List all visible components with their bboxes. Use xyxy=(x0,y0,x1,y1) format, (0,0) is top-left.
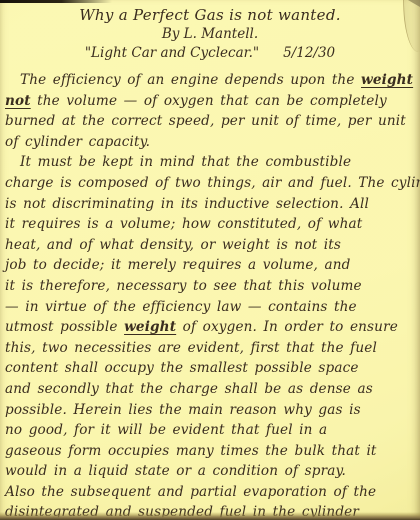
line-text: job to decide; it merely requires a volu… xyxy=(5,257,350,273)
line-text: charge is composed of two things, air an… xyxy=(5,175,420,191)
line-text: it is therefore, necessary to see that t… xyxy=(5,278,362,294)
line-text: — in virtue of the efficiency law — cont… xyxy=(5,299,357,315)
underlined-word: weight xyxy=(361,72,413,88)
document-source: "Light Car and Cyclecar." xyxy=(85,44,259,63)
handwritten-line: content shall occupy the smallest possib… xyxy=(5,358,414,379)
line-text: The efficiency of an engine depends upon… xyxy=(20,72,361,88)
line-text: of cylinder capacity. xyxy=(5,134,150,150)
line-text: It must be kept in mind that the combust… xyxy=(20,154,351,170)
line-text: is not discriminating in its inductive s… xyxy=(5,196,369,212)
handwritten-line: possible. Herein lies the main reason wh… xyxy=(5,400,414,421)
handwritten-line: no good, for it will be evident that fue… xyxy=(5,420,414,441)
handwritten-line: of cylinder capacity. xyxy=(5,132,414,153)
document-title: Why a Perfect Gas is not wanted. xyxy=(0,6,420,25)
handwritten-line: it is therefore, necessary to see that t… xyxy=(5,276,414,297)
line-text: gaseous form occupies many times the bul… xyxy=(5,443,377,459)
line-text: Also the subsequent and partial evaporat… xyxy=(5,484,376,500)
paper-edge-top xyxy=(0,0,112,3)
line-text: the volume — of oxygen that can be compl… xyxy=(31,93,387,109)
handwritten-line: and secondly that the charge shall be as… xyxy=(5,379,414,400)
document-body: The efficiency of an engine depends upon… xyxy=(0,70,420,520)
line-text: utmost possible xyxy=(5,319,124,335)
handwritten-line: charge is composed of two things, air an… xyxy=(5,173,414,194)
handwritten-line: would in a liquid state or a condition o… xyxy=(5,461,414,482)
handwritten-line: Also the subsequent and partial evaporat… xyxy=(5,482,414,503)
handwritten-line: utmost possible weight of oxygen. In ord… xyxy=(5,317,414,338)
paper-edge-bottom xyxy=(0,512,420,520)
line-text: this, two necessities are evident, first… xyxy=(5,340,377,356)
handwritten-line: it requires is a volume; how constituted… xyxy=(5,214,414,235)
handwritten-line: is not discriminating in its inductive s… xyxy=(5,194,414,215)
handwritten-line: — in virtue of the efficiency law — cont… xyxy=(5,297,414,318)
underlined-word: weight xyxy=(124,319,176,335)
document-byline: By L. Mantell. xyxy=(0,25,420,44)
line-text: content shall occupy the smallest possib… xyxy=(5,360,359,376)
manuscript-page: Why a Perfect Gas is not wanted. By L. M… xyxy=(0,0,420,520)
line-text: burned at the correct speed, per unit of… xyxy=(5,113,406,129)
line-text: heat, and of what density, or weight is … xyxy=(5,237,341,253)
line-text: no good, for it will be evident that fue… xyxy=(5,422,327,438)
handwritten-line: heat, and of what density, or weight is … xyxy=(5,235,414,256)
line-text: and secondly that the charge shall be as… xyxy=(5,381,373,397)
line-text: it requires is a volume; how constituted… xyxy=(5,216,362,232)
handwritten-line: this, two necessities are evident, first… xyxy=(5,338,414,359)
handwritten-line: gaseous form occupies many times the bul… xyxy=(5,441,414,462)
handwritten-line: burned at the correct speed, per unit of… xyxy=(5,111,414,132)
handwritten-line: The efficiency of an engine depends upon… xyxy=(5,70,414,91)
underlined-word: not xyxy=(5,93,31,109)
line-text: would in a liquid state or a condition o… xyxy=(5,463,346,479)
line-text: of oxygen. In order to ensure xyxy=(176,319,398,335)
document-source-row: "Light Car and Cyclecar." 5/12/30 xyxy=(0,44,420,63)
handwritten-line: not the volume — of oxygen that can be c… xyxy=(5,91,414,112)
handwritten-line: It must be kept in mind that the combust… xyxy=(5,152,414,173)
document-header: Why a Perfect Gas is not wanted. By L. M… xyxy=(0,0,420,63)
handwritten-line: job to decide; it merely requires a volu… xyxy=(5,255,414,276)
line-text: — xyxy=(413,72,420,88)
line-text: possible. Herein lies the main reason wh… xyxy=(5,402,361,418)
document-date: 5/12/30 xyxy=(283,44,335,63)
